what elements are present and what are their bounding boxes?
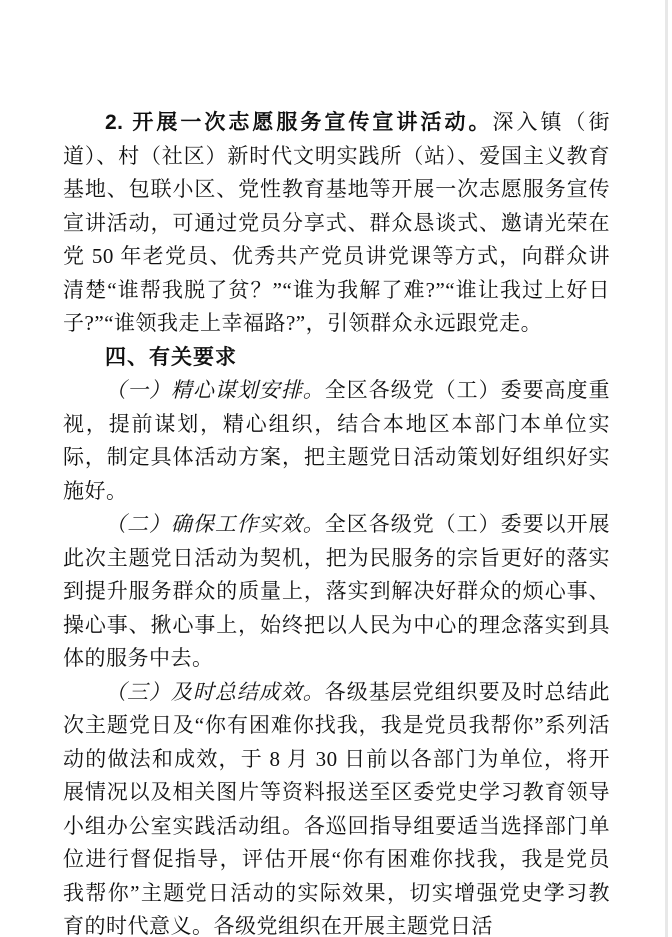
page-edge-line: [665, 0, 668, 937]
paragraph-lead-kaiti: （一）精心谋划安排。: [105, 378, 325, 402]
paragraph-lead-kaiti: （三）及时总结成效。: [105, 680, 325, 704]
paragraph-lead-bold: 2. 开展一次志愿服务宣传宣讲活动。: [105, 111, 492, 134]
paragraph-body: 深入镇（街道）、村（社区）新时代文明实践所（站）、爱国主义教育基地、包联小区、党…: [63, 110, 610, 335]
paragraph-requirement-3: （三）及时总结成效。各级基层党组织要及时总结此次主题党日及“你有困难你找我，我是…: [63, 676, 610, 937]
page-number: - 3 -: [535, 879, 578, 899]
paragraph-requirement-1: （一）精心谋划安排。全区各级党（工）委要高度重视，提前谋划，精心组织，结合本地区…: [63, 374, 610, 508]
paragraph-lead-kaiti: （二）确保工作实效。: [105, 512, 325, 536]
paragraph-requirement-2: （二）确保工作实效。全区各级党（工）委要以开展此次主题党日活动为契机，把为民服务…: [63, 508, 610, 676]
section-heading-requirements: 四、有关要求: [63, 341, 610, 375]
paragraph-volunteer-activity: 2. 开展一次志愿服务宣传宣讲活动。深入镇（街道）、村（社区）新时代文明实践所（…: [63, 106, 610, 341]
document-page: 2. 开展一次志愿服务宣传宣讲活动。深入镇（街道）、村（社区）新时代文明实践所（…: [63, 106, 610, 937]
paragraph-body: 各级基层党组织要及时总结此次主题党日及“你有困难你找我，我是党员我帮你”系列活动…: [63, 680, 610, 937]
